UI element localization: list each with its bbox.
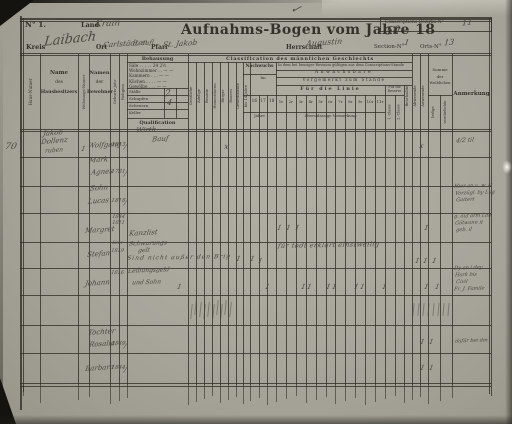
grid-line-v [395,95,396,385]
residents-col-line2: der [87,81,112,86]
grid-line-v [428,54,429,385]
anmerkung-label: Anmerkung [452,92,491,98]
handwritten-entry: 1 [294,225,300,232]
grid-line-stub [110,385,111,404]
printed-label: Nachwuchs [243,65,276,69]
grid-line-h [20,213,491,214]
grid-line-v [228,62,229,385]
qualification-label: Qualification [127,121,188,126]
photo-light-spot [502,160,512,174]
grid-line-stub [78,385,79,400]
printed-label: Ställe [129,90,141,94]
printed-label: Scheuern [129,104,148,108]
census-form-sheet: N° 1. Land Aufnahms-Bogen vom Jahre 18 C… [0,0,512,424]
handwritten-entry: 4 [167,99,173,108]
pencil-hatch [447,303,449,316]
printed-label-rotated: Beamte [206,89,210,103]
linie-class-number: 4r [306,100,316,104]
printed-label-rotated: ledige [432,106,436,117]
printed-label: Vorgemerkt zum Stande [276,78,412,82]
grid-line-stub [250,385,251,401]
linie-class-number: 1r [276,100,286,104]
grid-line-h [20,131,491,132]
grid-line-v [286,95,287,385]
grid-line-stub [276,385,277,402]
linie-class-number: 11r [375,100,385,104]
grid-line-stub [228,385,229,400]
photo-top-edge [0,0,340,3]
grid-line-stub [420,385,421,397]
printed-label: Im [250,76,276,80]
grid-line-v [489,18,490,394]
printed-label: Für die Linie [276,87,385,92]
handwritten-entry: Fr. J. Famile [454,286,485,292]
handwritten-entry: 1 [428,365,434,372]
handwritten-entry: Krain [94,19,120,29]
linie-class-number: 2r [286,100,296,104]
pencil-hatch [207,302,210,317]
pencil-hatch [225,300,228,315]
printed-label: Schupfen [129,97,148,101]
linie-class-number: 7r [335,100,345,104]
grid-line-v [78,54,79,385]
handwritten-entry: gelt [137,248,150,254]
grid-line-stub [412,385,413,400]
photo-bottom-edge [0,415,512,424]
handwritten-entry: 1 [419,365,425,372]
printed-label: Reserve [385,90,404,93]
handwritten-entry: Dy an i dey [454,265,483,271]
form-number: N° 1. [25,21,46,29]
pencil-hatch [199,302,202,317]
grid-line-stub [316,385,317,400]
handwritten-entry: Mark [89,156,109,164]
photo-left-edge [0,30,3,412]
printed-label-rotated: 2. Classe [397,104,400,120]
grid-line-v [220,62,221,385]
grid-line-stub [23,385,24,396]
residents-col-line3: Bewohner [87,91,112,96]
grid-line-v [267,95,268,385]
printed-label: Jahre [243,114,276,118]
grid-line-h [20,325,491,326]
printed-label: In dem bei heuriger Revision gültigen au… [278,64,404,68]
linie-class-number: 5r [316,100,326,104]
owner-col-line3: Hausbesitzers [40,91,78,96]
handwritten-entry: 13 [443,39,454,48]
linie-class-number: 8r [345,100,355,104]
grid-line-stub [452,385,453,398]
handwritten-entry: Schr [112,242,124,247]
handwritten-entry: 1 [381,284,387,291]
grid-line-stub [326,385,327,397]
grid-line-h [20,353,491,354]
handwritten-entry: Stefan [87,250,111,259]
handwritten-entry: 1 [80,146,86,153]
grid-line-stub [306,385,307,403]
printed-label: Weiblichen [428,81,452,85]
grid-line-v [491,18,492,396]
residents-col-line1: Namen [87,71,112,76]
handwritten-entry: 1 [285,225,291,232]
handwritten-entry: für todt erklärt einstweilig [277,241,380,249]
grid-line-v [306,95,307,385]
orts-label: Orts-N° [420,45,442,51]
grid-line-v [127,54,128,385]
handwritten-entry: 1 [235,256,241,263]
printed-label: 16 [250,100,259,104]
printed-label-rotated: 1. Classe [388,104,391,120]
handwritten-entry: 1 [331,284,337,291]
grid-line-stub [385,385,386,399]
pencil-hatch [412,303,414,316]
handwritten-entry: d. aufl [133,39,155,47]
handwritten-entry: 1 [431,258,437,265]
printed-label-rotated: Anwesende [422,85,426,106]
handwritten-entry: 1 [249,256,255,263]
grid-line-v [23,18,24,392]
printed-label-rotated: Geistliche [190,87,194,106]
grid-line-h [20,242,491,243]
handwritten-entry: Johann [85,279,111,288]
grid-line-stub [119,385,120,401]
handwritten-entry: 1 [306,284,312,291]
handwritten-entry: Wirth [135,126,156,134]
grid-line-stub [127,385,128,398]
grid-line-stub [259,385,260,398]
handwritten-entry: Lucas [88,197,110,206]
printed-label-rotated: Abwesende [414,85,418,106]
printed-label-rotated: bis 14 Jahre [245,85,249,107]
handwritten-entry: Hark bis [455,273,478,279]
printed-label: Summe [428,68,452,72]
handwritten-entry: 1 [403,39,410,47]
grid-line-stub [296,385,297,396]
handwritten-entry: geb. il [456,228,473,234]
grid-line-stub [188,385,189,405]
classification-title: Classification des männlichen Geschlecht… [188,57,412,62]
pencil-hatch [203,304,206,319]
linie-class-number: 10r [365,100,375,104]
handwritten-entry: ruben [45,147,64,155]
grid-line-v [326,95,327,385]
grid-line-h [20,18,491,20]
handwritten-entry: und Sohn [131,279,161,286]
printed-label-rotated: Religion [121,84,125,100]
grid-line-v [259,95,260,385]
handwritten-entry: Gattert [456,198,475,204]
printed-label-rotated: Honoratioren [214,83,218,108]
grid-line-stub [395,385,396,396]
printed-label-rotated: Geburts-Jahr [113,80,117,105]
printed-label-rotated: Gewerbsleute [237,83,241,109]
grid-line-h [20,55,491,56]
grid-line-stub [355,385,356,398]
printed-label-rotated: Bauern [230,89,234,103]
grid-line-stub [236,385,237,397]
grid-line-stub [345,385,346,401]
printed-label: Keller [129,111,141,115]
printed-label: 18 [267,100,276,104]
handwritten-entry: Kanzlist [128,229,158,238]
handwritten-entry: Augustin [305,38,342,49]
printed-label-rotated: Beurlaubte [406,86,410,107]
handwritten-entry: dafür bei dm [455,338,488,344]
grid-line-h [20,21,491,22]
handwritten-entry: Bauf [152,135,169,143]
linie-class-number: 9r [355,100,365,104]
pencil-hatch [216,300,219,315]
grid-line-stub [375,385,376,402]
photographed-census-document: N° 1. Land Aufnahms-Bogen vom Jahre 18 C… [0,0,512,424]
handwritten-entry: 1 [257,258,263,265]
printed-label-rotated: Haus-Numer [29,78,33,105]
printed-label: der [428,75,452,79]
handwritten-entry: 70 [4,143,17,152]
grid-line-stub [89,385,90,397]
handwritten-entry: 1 [176,284,182,291]
grid-line-v [40,54,41,385]
handwritten-entry: Sind nicht außer den Brig [126,254,231,262]
photo-right-edge [505,0,512,424]
grid-line-stub [404,385,405,403]
owner-col-line2: des [40,81,78,86]
printed-label: Kammern . . . — — [129,74,169,78]
handwritten-entry: 1816 [110,271,124,276]
pencil-hatch [190,304,193,319]
printed-label-rotated: Wohnungs-Numer [82,75,86,110]
grid-line-h [20,53,491,54]
grid-line-v [296,95,297,385]
handwritten-entry: Sohn [90,184,109,192]
grid-line-v [316,95,317,385]
linie-class-number: 3r [296,100,306,104]
grid-line-stub [204,385,205,399]
handwritten-entry: 1 [264,284,270,291]
section-label: Section-N° [374,45,404,51]
grid-line-h [20,129,491,130]
behausung-title: Behausung [127,57,188,62]
pencil-hatch [229,302,232,317]
grid-line-stub [335,385,336,404]
handwritten-entry: Tochter [88,328,116,337]
printed-label-rotated: verehelichte [444,100,448,123]
grid-line-stub [440,385,441,401]
linie-class-number: 6r [326,100,336,104]
handwritten-entry: 1 [419,339,425,346]
printed-label-rotated: Bürger [222,89,226,102]
photo-light-band [322,0,512,16]
printed-label: Anwachsbare [276,71,412,76]
pencil-hatch [220,304,223,319]
grid-line-v [212,62,213,385]
handwritten-entry: 1 [276,225,282,232]
grid-line-h [20,268,491,269]
grid-line-stub [243,385,244,404]
handwritten-entry: 1811 [111,221,125,226]
grid-line-stub [212,385,213,396]
grid-line-stub [40,385,41,403]
handwritten-entry: x [418,142,424,150]
handwritten-entry: Leibungsgeld [127,267,169,274]
grid-line-v [250,62,251,385]
handwritten-entry: St. Jakob [163,39,198,49]
handwritten-entry: ✓ [289,2,304,15]
grid-line-v [204,62,205,385]
grid-line-h [20,295,491,296]
pencil-hatch [422,303,424,316]
grid-line-v [276,62,277,385]
handwritten-entry: 11 [462,18,473,27]
handwritten-entry: 4/2 til [456,138,475,145]
grid-line-stub [196,385,197,402]
grid-line-stub [267,385,268,405]
pencil-hatch [442,303,444,316]
printed-label: Altersklassige Vormerkung [276,114,385,118]
grid-line-stub [365,385,366,405]
grid-line-stub [286,385,287,399]
handwritten-entry: Götwann it [455,220,484,226]
grid-line-h [243,95,404,96]
pencil-hatch [427,303,429,316]
owner-col-line1: Name [40,71,78,77]
handwritten-entry: 1819 [110,249,124,254]
printed-label-rotated: Adelige [198,89,202,103]
grid-line-h [127,118,188,119]
handwritten-entry: 1 [428,339,434,346]
handwritten-entry: 50 [385,24,400,36]
handwritten-entry: Laibach [43,30,96,49]
grid-line-v [176,88,177,118]
grid-line-stub [428,385,429,404]
grid-line-v [243,62,244,385]
handwritten-entry: Civil [456,280,468,285]
grid-line-v [236,62,237,385]
handwritten-entry: Dollenz [41,137,68,146]
grid-line-h [428,95,452,96]
pencil-hatch [432,303,434,316]
grid-line-v [440,95,441,385]
handwritten-entry: g. auf arm Lan [454,213,492,219]
grid-line-v [196,62,197,385]
grid-line-stub [220,385,221,403]
printed-label: 17 [259,100,268,104]
